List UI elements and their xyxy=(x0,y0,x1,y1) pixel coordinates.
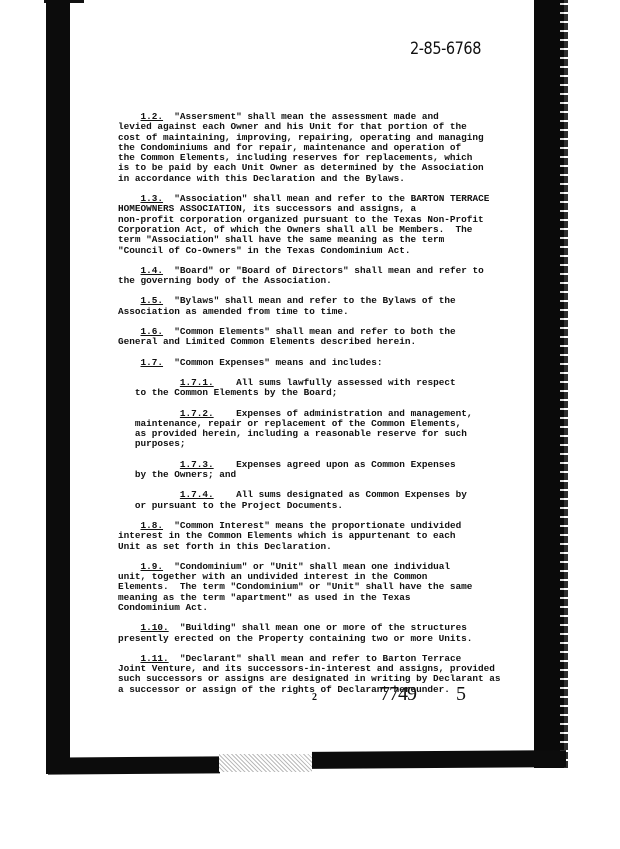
definition-paragraph: 1.7. "Common Expenses" means and include… xyxy=(118,358,523,368)
scan-border-left xyxy=(46,0,70,774)
paragraph-text: "Assersment" shall mean the assessment m… xyxy=(118,111,484,184)
scan-border-bottom xyxy=(312,750,566,769)
paragraph-text: "Common Expenses" means and includes: xyxy=(163,357,382,368)
definition-paragraph: 1.7.4. All sums designated as Common Exp… xyxy=(118,490,523,511)
scan-border-bottom-speckle xyxy=(219,754,312,772)
page-number: 2 xyxy=(312,692,317,703)
definition-paragraph: 1.3. "Association" shall mean and refer … xyxy=(118,194,523,256)
definition-paragraph: 1.5. "Bylaws" shall mean and refer to th… xyxy=(118,296,523,317)
definition-paragraph: 1.8. "Common Interest" means the proport… xyxy=(118,521,523,552)
paragraph-text: Expenses agreed upon as Common Expenses … xyxy=(118,459,456,480)
section-number: 1.7. xyxy=(141,357,164,368)
paragraph-text: "Declarant" shall mean and refer to Bart… xyxy=(118,653,501,695)
definition-paragraph: 1.7.3. Expenses agreed upon as Common Ex… xyxy=(118,460,523,481)
definition-paragraph: 1.7.2. Expenses of administration and ma… xyxy=(118,409,523,450)
paragraph-text: "Building" shall mean one or more of the… xyxy=(118,622,472,643)
scanned-document-page: 2-85-6768 1.2. "Assersment" shall mean t… xyxy=(0,0,620,849)
paragraph-text: "Association" shall mean and refer to th… xyxy=(118,193,489,255)
definition-paragraph: 1.10. "Building" shall mean one or more … xyxy=(118,623,523,644)
book-page-number: 5 xyxy=(456,683,466,706)
paragraph-text: All sums designated as Common Expenses b… xyxy=(118,489,467,510)
paragraph-text: "Bylaws" shall mean and refer to the Byl… xyxy=(118,295,456,316)
definition-paragraph: 1.7.1. All sums lawfully assessed with r… xyxy=(118,378,523,399)
paragraph-text: "Common Interest" means the proportionat… xyxy=(118,520,461,552)
document-body: 1.2. "Assersment" shall mean the assessm… xyxy=(118,112,523,705)
scan-border-right-fray xyxy=(560,0,568,768)
paragraph-text: All sums lawfully assessed with respect … xyxy=(118,377,456,398)
book-number: 7749 xyxy=(380,683,416,706)
definition-paragraph: 1.4. "Board" or "Board of Directors" sha… xyxy=(118,266,523,287)
definition-paragraph: 1.9. "Condominium" or "Unit" shall mean … xyxy=(118,562,523,613)
scan-border-bottom xyxy=(48,756,220,774)
definition-paragraph: 1.2. "Assersment" shall mean the assessm… xyxy=(118,112,523,184)
paragraph-text: "Condominium" or "Unit" shall mean one i… xyxy=(118,561,472,613)
recording-stamp-number: 2-85-6768 xyxy=(410,39,481,59)
paragraph-text: "Common Elements" shall mean and refer t… xyxy=(118,326,456,347)
paragraph-text: Expenses of administration and managemen… xyxy=(118,408,472,450)
definition-paragraph: 1.6. "Common Elements" shall mean and re… xyxy=(118,327,523,348)
paragraph-text: "Board" or "Board of Directors" shall me… xyxy=(118,265,484,286)
